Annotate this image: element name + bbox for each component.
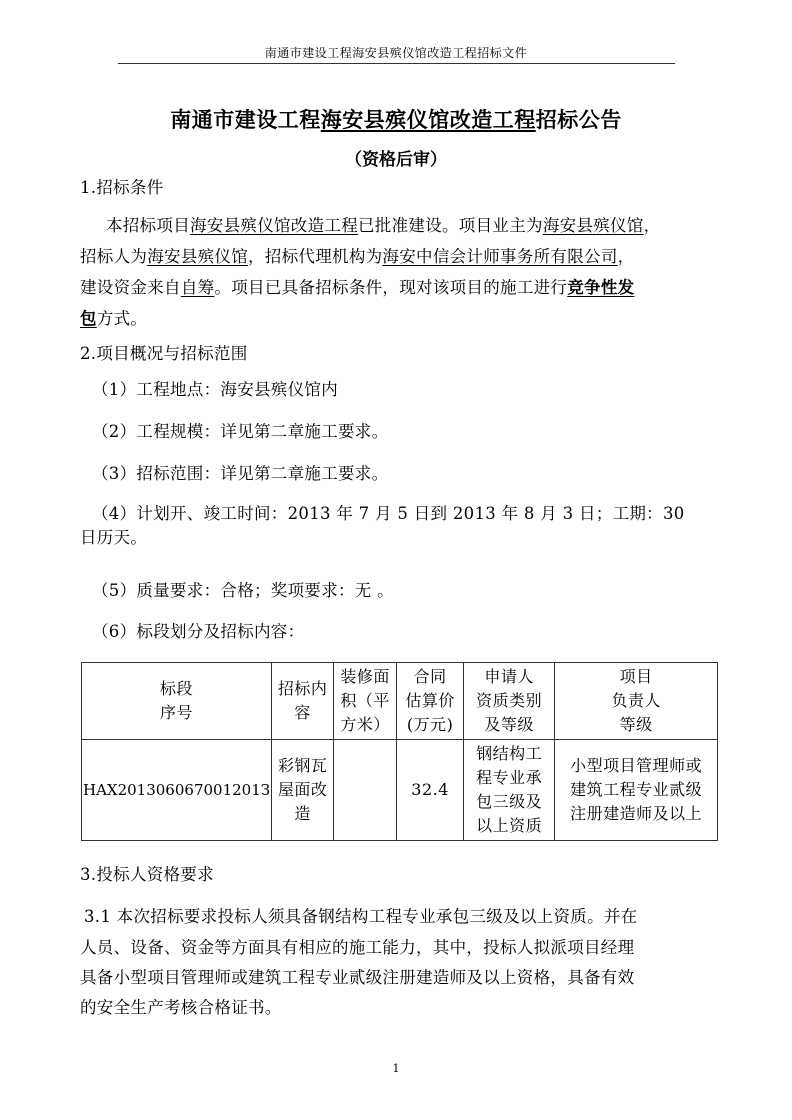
procurement-method: 竞争性发 [567,278,634,297]
title-project: 海安县殡仪馆改造工程 [321,108,536,132]
header-price: 合同估算价(万元) [397,663,464,740]
cell-line: 方米） [335,713,395,737]
cell-line: 积（平 [335,689,395,713]
text: ， [618,247,635,266]
section3-line1: 3.1 本次招标要求投标人须具备钢结构工程专业承包三级及以上资质。并在 [84,903,638,927]
cell-line: 序号 [83,701,270,725]
cell-line: 小型项目管理师或 [556,754,716,778]
section3-line4: 的安全生产考核合格证书。 [80,994,282,1018]
cell-content: 彩钢瓦屋面改造 [272,740,334,841]
title-suffix: 招标公告 [536,108,622,132]
running-header: 南通市建设工程海安县殡仪馆改造工程招标文件 [0,44,792,61]
cell-line: 注册建造师及以上 [556,802,716,826]
cell-line: 标段 [83,677,270,701]
text: 方式。 [97,309,147,328]
schedule: （4）计划开、竣工时间：2013 年 7 月 5 日到 2013 年 8 月 3… [92,500,685,524]
section2-heading: 2.项目概况与招标范围 [80,340,248,364]
text: 本招标项目 [106,216,190,235]
page-title: 南通市建设工程海安县殡仪馆改造工程招标公告 [0,104,792,134]
text: ，招标代理机构为 [248,247,382,266]
section3-line2: 人员、设备、资金等方面具有相应的施工能力，其中，投标人拟派项目经理 [80,934,634,958]
section1-line2: 招标人为海安县殡仪馆，招标代理机构为海安中信会计师事务所有限公司， [80,243,634,267]
cell-line: 资质类别 [465,689,553,713]
cell-price: 32.4 [397,740,464,841]
page-subtitle: （资格后审） [0,145,792,170]
cell-line: 申请人 [465,665,553,689]
cell-line: 32.4 [398,778,462,802]
cell-line: 容 [273,701,332,725]
section1-line4: 包方式。 [80,305,147,329]
procurement-method-cont: 包 [80,309,97,328]
text: 已批准建设。项目业主为 [358,216,543,235]
funding-source: 自筹 [181,278,215,297]
cell-line: 及等级 [465,713,553,737]
cell-line: 屋面改 [273,778,332,802]
cell-qualification: 钢结构工程专业承包三级及以上资质 [464,740,555,841]
cell-line: 程专业承 [465,766,553,790]
section1-line1: 本招标项目海安县殡仪馆改造工程已批准建设。项目业主为海安县殡仪馆， [106,212,660,236]
section1-heading: 1.招标条件 [80,174,164,198]
project-name: 海安县殡仪馆改造工程 [190,216,358,235]
text: 建设资金来自 [80,278,181,297]
header-rule [118,63,675,64]
cell-line: 彩钢瓦 [273,754,332,778]
cell-line: 等级 [556,713,716,737]
header-section-no: 标段序号 [82,663,272,740]
cell-area [334,740,397,841]
cell-line: HAX201306067001201З [83,778,270,802]
cell-line: 造 [273,802,332,826]
section3-line3: 具备小型项目管理师或建筑工程专业贰级注册建造师及以上资格，具备有效 [80,964,634,988]
cell-line: 招标内 [273,677,332,701]
owner-name: 海安县殡仪馆 [543,216,644,235]
section1-line3: 建设资金来自自筹。项目已具备招标条件，现对该项目的施工进行竞争性发 [80,274,634,298]
cell-line: 包三级及 [465,790,553,814]
lot-division: （6）标段划分及招标内容： [92,618,304,642]
cell-section-no: HAX201306067001201З [82,740,272,841]
cell-line: 负责人 [556,689,716,713]
header-qualification: 申请人资质类别及等级 [464,663,555,740]
header-area: 装修面积（平方米） [334,663,397,740]
tenderer-name: 海安县殡仪馆 [147,247,248,266]
cell-line: 装修面 [335,665,395,689]
schedule-cont: 日历天。 [80,524,147,548]
cell-line: 项目 [556,665,716,689]
text: 。项目已具备招标条件，现对该项目的施工进行 [214,278,567,297]
cell-line: 合同 [398,665,462,689]
title-prefix: 南通市建设工程 [170,108,321,132]
header-manager-grade: 项目负责人等级 [555,663,718,740]
table-header-row: 标段序号 招标内容 装修面积（平方米） 合同估算价(万元) 申请人资质类别及等级… [82,663,718,740]
text: ， [644,216,661,235]
project-location: （1）工程地点：海安县殡仪馆内 [92,376,338,400]
bid-lot-table: 标段序号 招标内容 装修面积（平方米） 合同估算价(万元) 申请人资质类别及等级… [81,662,718,841]
section3-heading: 3.投标人资格要求 [80,861,214,885]
quality-requirement: （5）质量要求：合格；奖项要求：无 。 [92,577,394,601]
header-content: 招标内容 [272,663,334,740]
page-number: 1 [0,1062,792,1075]
cell-line: (万元) [398,713,462,737]
cell-line: 钢结构工 [465,742,553,766]
tender-scope: （3）招标范围：详见第二章施工要求。 [92,460,388,484]
cell-line: 以上资质 [465,814,553,838]
project-scale: （2）工程规模：详见第二章施工要求。 [92,418,388,442]
table-row: HAX201306067001201З 彩钢瓦屋面改造 32.4 钢结构工程专业… [82,740,718,841]
agent-name: 海安中信会计师事务所有限公司 [382,247,617,266]
cell-manager-grade: 小型项目管理师或建筑工程专业贰级注册建造师及以上 [555,740,718,841]
text: 招标人为 [80,247,147,266]
cell-line: 估算价 [398,689,462,713]
cell-line: 建筑工程专业贰级 [556,778,716,802]
